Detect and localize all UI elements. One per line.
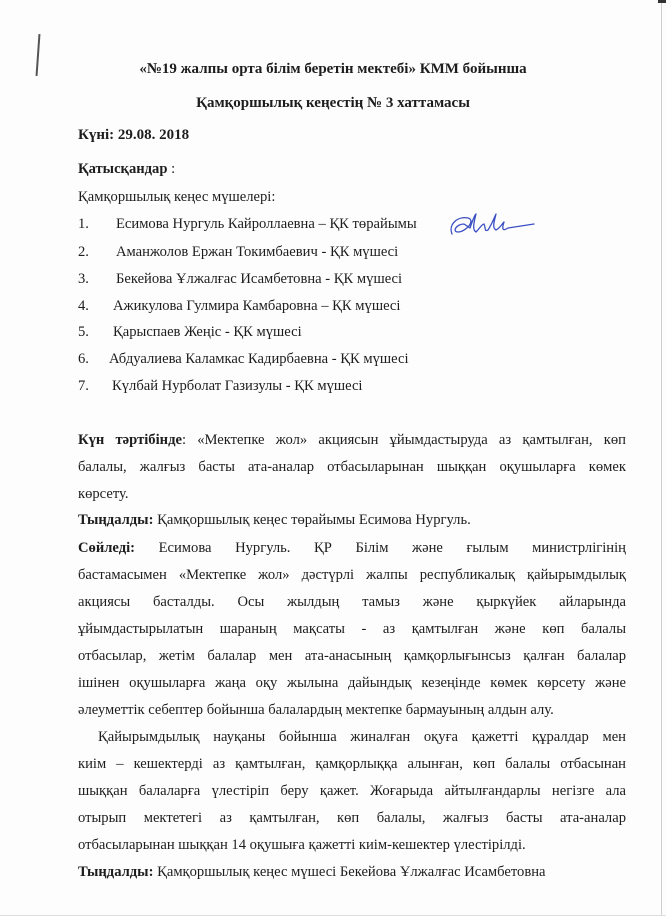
spoke-line-5: отбасылар, жетім балалар мен ата-анасыны… [78,648,626,665]
spoke-text: Есимова Нургуль. ҚР Білім және ғылым мин… [159,540,626,556]
member-item: 7.Күлбай Нурболат Газизулы - ҚК мүшесі [78,378,363,395]
agenda-line-3: көрсету. [78,486,129,503]
agenda-text: : «Мектепке жол» акциясын ұйымдастыруда … [182,432,626,448]
member-text: Есимова Нургуль Кайроллаевна – ҚК төрайы… [116,216,417,232]
member-number: 4. [78,298,113,315]
agenda-line-1: Күн тәртібінде: «Мектепке жол» акциясын … [78,432,626,449]
members-heading: Қамқоршылық кеңес мүшелері: [78,189,275,206]
document-title: «№19 жалпы орта білім беретін мектебі» К… [0,61,666,78]
signature-icon [446,210,536,242]
scan-corner-mark [658,0,666,3]
member-number: 7. [78,378,112,395]
spoke-line-4: ұйымдастырылатын шараның мақсаты - аз қа… [78,621,626,638]
date-label: Күні: 29.08. 2018 [78,127,189,144]
agenda-label: Күн тәртібінде [78,432,182,448]
spoke-line-1: Сөйледі: Есимова Нургуль. ҚР Білім және … [78,540,626,557]
scanned-document-page: «№19 жалпы орта білім беретін мектебі» К… [0,0,666,916]
member-number: 2. [78,244,116,261]
member-number: 6. [78,351,109,368]
member-item: 2.Аманжолов Ержан Токимбаевич - ҚК мүшес… [78,244,398,261]
heard-1: Тыңдалды: Қамқоршылық кеңес төрайымы Еси… [78,512,471,529]
paragraph2-line-2: киім – кешектерді аз қамтылған, қамқорлы… [78,756,626,773]
paragraph2-line-4: отырып мектетегі аз қамтылған, көп балал… [78,810,626,827]
participants-label: Қатысқандар [78,161,167,177]
heard-2-label: Тыңдалды: [78,864,153,880]
page-edge [661,0,662,916]
member-item: 3.Бекейова Ұлжалғас Исамбетовна - ҚК мүш… [78,271,402,288]
member-text: Күлбай Нурболат Газизулы - ҚК мүшесі [112,378,363,394]
spoke-label: Сөйледі: [78,540,135,556]
spoke-line-6: ішінен оқушыларға жаңа оқу жылына дайынд… [78,675,626,692]
member-item: 4.Ажикулова Гулмира Камбаровна – ҚК мүше… [78,298,400,315]
paragraph2-line-3: шыққан балаларға үлестіріп беру қажет. Ж… [78,783,626,800]
member-text: Аманжолов Ержан Токимбаевич - ҚК мүшесі [116,244,398,260]
member-number: 1. [78,216,116,233]
member-item: 6.Абдуалиева Каламкас Кадирбаевна - ҚК м… [78,351,409,368]
member-text: Қарыспаев Жеңіс - ҚК мүшесі [113,324,302,340]
heard-1-text: Қамқоршылық кеңес төрайымы Есимова Нургу… [153,512,470,528]
spoke-line-2: бастамасымен «Мектепке жол» дәстүрлі жал… [78,567,626,584]
spoke-line-3: акциясы басталды. Осы жылдың тамыз және … [78,594,626,611]
participants-heading: Қатысқандар : [78,161,175,178]
member-item: 1.Есимова Нургуль Кайроллаевна – ҚК төра… [78,216,417,233]
heard-2-text: Қамқоршылық кеңес мүшесі Бекейова Ұлжалғ… [153,864,545,880]
member-text: Бекейова Ұлжалғас Исамбетовна - ҚК мүшес… [116,271,402,287]
heard-1-label: Тыңдалды: [78,512,153,528]
paragraph2-line-1: Қайырымдылық науқаны бойынша жиналған оқ… [98,729,626,746]
participants-colon: : [167,161,175,177]
member-text: Абдуалиева Каламкас Кадирбаевна - ҚК мүш… [109,351,409,367]
heard-2: Тыңдалды: Қамқоршылық кеңес мүшесі Бекей… [78,864,546,881]
document-subtitle: Қамқоршылық кеңестің № 3 хаттамасы [0,95,666,112]
member-number: 3. [78,271,116,288]
member-number: 5. [78,324,113,341]
agenda-line-2: балалы, жалғыз басты ата-аналар отбасыла… [78,459,626,476]
spoke-line-7: әлеуметтік себептер бойынша балалардың м… [78,702,554,719]
member-text: Ажикулова Гулмира Камбаровна – ҚК мүшесі [113,298,400,314]
member-item: 5.Қарыспаев Жеңіс - ҚК мүшесі [78,324,302,341]
paragraph2-line-5: отбасыларынан шыққан 14 оқушыға қажетті … [78,837,526,854]
